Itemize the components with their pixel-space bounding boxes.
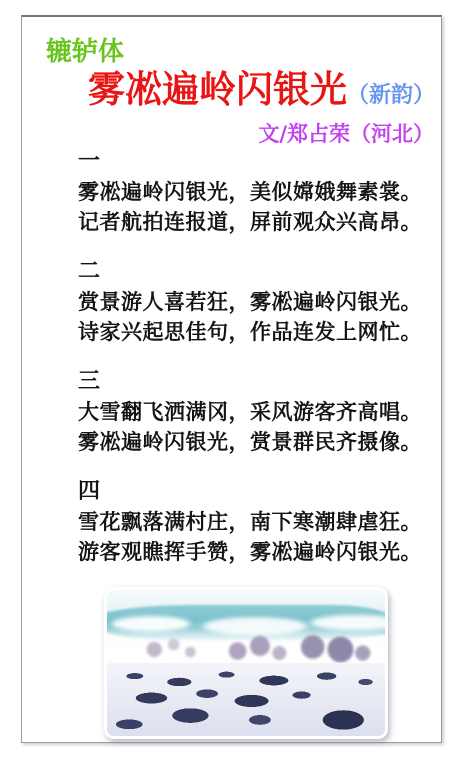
poem-line: 雾凇遍岭闪银光，美似嫦娥舞素裳。 <box>78 177 441 207</box>
stanza-2: 二 赏景游人喜若狂，雾凇遍岭闪银光。 诗家兴起思佳句，作品连发上网忙。 <box>78 257 441 347</box>
stanza-4: 四 雪花飘落满村庄，南下寒潮肆虐狂。 游客观瞧挥手赞，雾凇遍岭闪银光。 <box>78 477 441 567</box>
header: 辘轳体 雾凇遍岭闪银光（新韵） 文/郑占荣（河北） <box>22 37 441 147</box>
poem-style-label: 辘轳体 <box>46 37 441 67</box>
stanza-1: 一 雾凇遍岭闪银光，美似嫦娥舞素裳。 记者航拍连报道，屏前观众兴高昂。 <box>78 147 441 237</box>
poem-card: 辘轳体 雾凇遍岭闪银光（新韵） 文/郑占荣（河北） 一 雾凇遍岭闪银光，美似嫦娥… <box>21 15 442 743</box>
title-rhyme-note: （新韵） <box>347 83 435 108</box>
byline: 文/郑占荣（河北） <box>22 121 434 147</box>
poem-line: 诗家兴起思佳句，作品连发上网忙。 <box>78 317 441 347</box>
stanza-3: 三 大雪翻飞洒满冈，采风游客齐高唱。 雾凇遍岭闪银光，赏景群民齐摄像。 <box>78 367 441 457</box>
poem-line: 游客观瞧挥手赞，雾凇遍岭闪银光。 <box>78 537 441 567</box>
poem-body: 一 雾凇遍岭闪银光，美似嫦娥舞素裳。 记者航拍连报道，屏前观众兴高昂。 二 赏景… <box>78 147 441 567</box>
stanza-number: 三 <box>78 367 441 397</box>
poem-line: 雪花飘落满村庄，南下寒潮肆虐狂。 <box>78 507 441 537</box>
page: { "page": { "background": "#ffffff" }, "… <box>0 0 464 766</box>
poem-line: 记者航拍连报道，屏前观众兴高昂。 <box>78 207 441 237</box>
winter-landscape-photo <box>104 587 388 739</box>
title-text: 雾凇遍岭闪银光 <box>88 68 347 111</box>
poem-line: 大雪翻飞洒满冈，采风游客齐高唱。 <box>78 397 441 427</box>
photo-snowfield <box>107 663 385 736</box>
page-title: 雾凇遍岭闪银光（新韵） <box>22 69 435 117</box>
stanza-number: 一 <box>78 147 441 177</box>
poem-line: 雾凇遍岭闪银光，赏景群民齐摄像。 <box>78 427 441 457</box>
photo-scene <box>107 590 385 736</box>
stanza-number: 二 <box>78 257 441 287</box>
poem-line: 赏景游人喜若狂，雾凇遍岭闪银光。 <box>78 287 441 317</box>
stanza-number: 四 <box>78 477 441 507</box>
